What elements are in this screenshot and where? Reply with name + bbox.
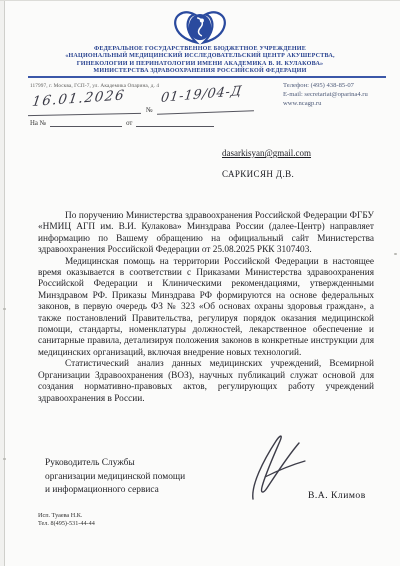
date-underline: [28, 113, 141, 116]
scanned-letter-page: ФЕДЕРАЛЬНОЕ ГОСУДАРСТВЕННОЕ БЮДЖЕТНОЕ УЧ…: [0, 0, 400, 566]
org-line: «НАЦИОНАЛЬНЫЙ МЕДИЦИНСКИЙ ИССЛЕДОВАТЕЛЬС…: [0, 53, 400, 60]
org-contact-block: Телефон: (495) 438-85-07 E-mail: secreta…: [283, 82, 368, 108]
kulakov-center-emblem-icon: [171, 7, 229, 48]
reply-reference-row: На №от: [30, 119, 214, 127]
org-website: www.ncagp.ru: [283, 100, 368, 109]
org-line: МИНИСТЕРСТВА ЗДРАВООХРАНЕНИЯ РОССИЙСКОЙ …: [0, 68, 400, 75]
signer-title-line: организации медицинской помощи: [45, 471, 185, 485]
number-underline: [157, 110, 254, 114]
letterhead-divider: [28, 76, 386, 78]
reply-number-label: На №: [30, 120, 46, 127]
executor-name: Исп. Туаева Н.К.: [38, 512, 95, 520]
scan-edge-line: [4, 0, 5, 566]
body-paragraph: По поручению Министерства здравоохранени…: [38, 211, 374, 257]
executor-block: Исп. Туаева Н.К. Тел. 8(495)-531-44-44: [38, 512, 95, 528]
scan-artifact: [3, 308, 6, 310]
number-sign: №: [146, 106, 153, 114]
org-postal-address: 117997, г. Москва, ГСП-7, ул. Академика …: [30, 83, 159, 89]
letter-body: По поручению Министерства здравоохранени…: [38, 211, 374, 405]
reply-date-blank: [136, 119, 214, 127]
reply-number-blank: [50, 119, 122, 127]
reply-date-label: от: [126, 120, 132, 127]
handwritten-outgoing-number: 01-19/04-Д: [160, 84, 243, 106]
scan-artifact: [394, 253, 397, 255]
org-phone: Телефон: (495) 438-85-07: [283, 82, 368, 91]
body-paragraph: Медицинская помощь на территории Российс…: [38, 257, 374, 360]
executor-phone: Тел. 8(495)-531-44-44: [38, 520, 95, 528]
scan-artifact: [3, 458, 6, 460]
signer-name: В.А. Климов: [308, 490, 366, 501]
scan-edge-top: [0, 0, 400, 1]
recipient-name: САРКИСЯН Д.В.: [222, 169, 294, 179]
org-email: E-mail: secretariat@oparina4.ru: [283, 91, 368, 100]
signer-title-line: Руководитель Службы: [45, 457, 185, 471]
handwritten-date: 16.01.2026: [31, 87, 126, 110]
recipient-email: dasarkisyan@gmail.com: [222, 148, 311, 158]
letterhead-org-name: ФЕДЕРАЛЬНОЕ ГОСУДАРСТВЕННОЕ БЮДЖЕТНОЕ УЧ…: [0, 46, 400, 76]
signer-title-line: и информационного сервиса: [45, 484, 185, 498]
handwritten-signature-icon: [243, 427, 318, 505]
signer-title-block: Руководитель Службы организации медицинс…: [45, 457, 185, 498]
body-paragraph: Статистический анализ данных медицинских…: [38, 359, 374, 405]
